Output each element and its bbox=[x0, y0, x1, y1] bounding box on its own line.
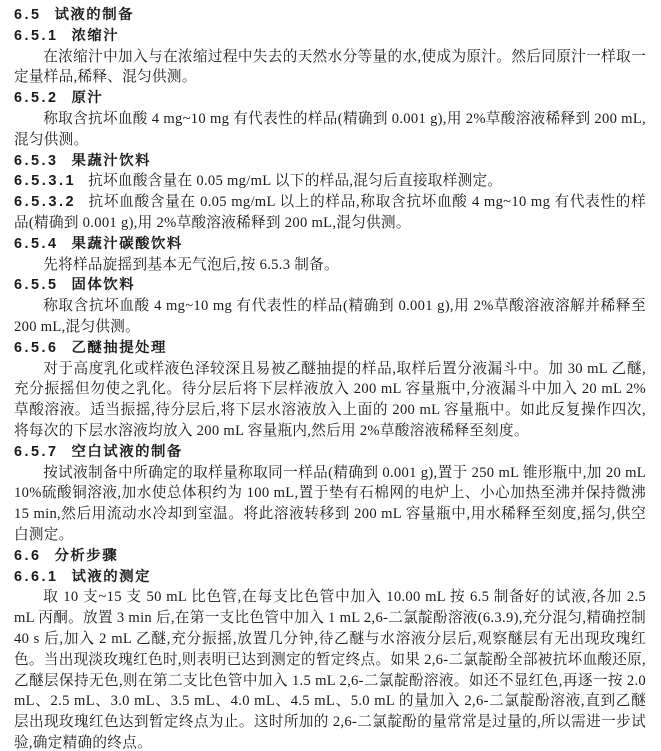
paragraph: 在浓缩汁中加入与在浓缩过程中失去的天然水分等量的水,使成为原汁。然后同原汁一样取… bbox=[14, 47, 646, 89]
section-title: 乙醚抽提处理 bbox=[72, 340, 167, 356]
section-heading: 6.5.1浓缩汁 bbox=[14, 26, 646, 47]
section-heading: 6.5.4果蔬汁碳酸饮料 bbox=[14, 234, 646, 255]
paragraph: 对于高度乳化或样液色泽较深且易被乙醚抽提的样品,取样后置分液漏斗中。加 30 m… bbox=[14, 359, 646, 442]
section-title: 果蔬汁饮料 bbox=[72, 153, 151, 169]
section-number: 6.5 bbox=[14, 7, 42, 23]
paragraph: 取 10 支~15 支 50 mL 比色管,在每支比色管中加入 10.00 mL… bbox=[14, 587, 646, 751]
section-number: 6.5.5 bbox=[14, 277, 59, 293]
numbered-clause: 6.5.3.1抗坏血酸含量在 0.05 mg/mL 以下的样品,混匀后直接取样测… bbox=[14, 171, 646, 192]
section-title: 浓缩汁 bbox=[72, 28, 120, 44]
section-number: 6.5.1 bbox=[14, 28, 59, 44]
section-title: 试液的测定 bbox=[72, 569, 151, 585]
paragraph: 先将样品旋摇到基本无气泡后,按 6.5.3 制备。 bbox=[14, 255, 646, 276]
section-heading: 6.5.7空白试液的制备 bbox=[14, 442, 646, 463]
section-number: 6.5.2 bbox=[14, 90, 59, 106]
section-heading: 6.5试液的制备 bbox=[14, 5, 646, 26]
section-title: 果蔬汁碳酸饮料 bbox=[72, 236, 183, 252]
section-title: 固体饮料 bbox=[72, 277, 136, 293]
section-heading: 6.6.1试液的测定 bbox=[14, 567, 646, 588]
section-heading: 6.5.2原汁 bbox=[14, 88, 646, 109]
document-body: 6.5试液的制备6.5.1浓缩汁在浓缩汁中加入与在浓缩过程中失去的天然水分等量的… bbox=[14, 5, 646, 751]
clause-number: 6.5.3.1 bbox=[14, 173, 76, 189]
paragraph: 按试液制备中所确定的取样量称取同一样品(精确到 0.001 g),置于 250 … bbox=[14, 463, 646, 546]
section-number: 6.6 bbox=[14, 548, 42, 564]
section-number: 6.5.4 bbox=[14, 236, 59, 252]
section-number: 6.6.1 bbox=[14, 569, 59, 585]
section-title: 原汁 bbox=[72, 90, 104, 106]
section-heading: 6.5.3果蔬汁饮料 bbox=[14, 151, 646, 172]
numbered-clause: 6.5.3.2抗坏血酸含量在 0.05 mg/mL 以上的样品,称取含抗坏血酸 … bbox=[14, 192, 646, 234]
section-title: 空白试液的制备 bbox=[72, 444, 183, 460]
section-number: 6.5.3 bbox=[14, 153, 59, 169]
section-title: 试液的制备 bbox=[55, 7, 134, 23]
clause-number: 6.5.3.2 bbox=[14, 194, 76, 210]
section-heading: 6.5.6乙醚抽提处理 bbox=[14, 338, 646, 359]
section-title: 分析步骤 bbox=[55, 548, 119, 564]
document-page: 6.5试液的制备6.5.1浓缩汁在浓缩汁中加入与在浓缩过程中失去的天然水分等量的… bbox=[0, 0, 661, 751]
section-number: 6.5.7 bbox=[14, 444, 59, 460]
clause-text: 抗坏血酸含量在 0.05 mg/mL 以下的样品,混匀后直接取样测定。 bbox=[88, 173, 502, 189]
section-heading: 6.5.5固体饮料 bbox=[14, 275, 646, 296]
paragraph: 称取含抗坏血酸 4 mg~10 mg 有代表性的样品(精确到 0.001 g),… bbox=[14, 296, 646, 338]
clause-text: 抗坏血酸含量在 0.05 mg/mL 以上的样品,称取含抗坏血酸 4 mg~10… bbox=[14, 194, 646, 231]
section-heading: 6.6分析步骤 bbox=[14, 546, 646, 567]
paragraph: 称取含抗坏血酸 4 mg~10 mg 有代表性的样品(精确到 0.001 g),… bbox=[14, 109, 646, 151]
section-number: 6.5.6 bbox=[14, 340, 59, 356]
